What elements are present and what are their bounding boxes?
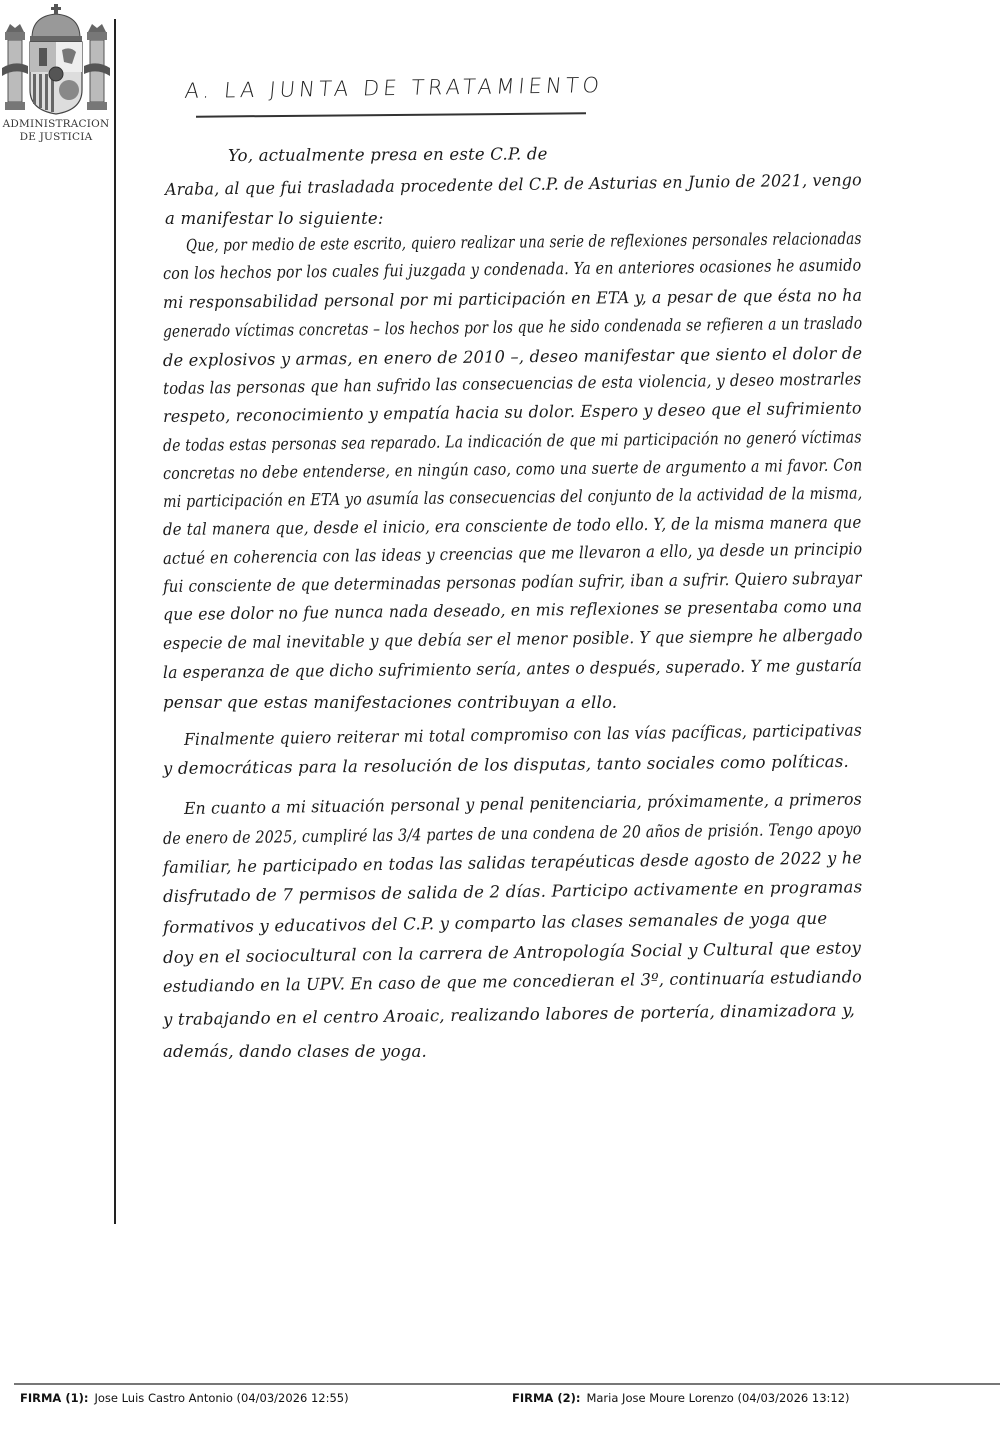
letter-line: Que, por medio de este escrito, quiero r…	[186, 229, 862, 255]
letter-line: Finalmente quiero reiterar mi total comp…	[184, 721, 862, 749]
signature-2-label: FIRMA (2):	[512, 1391, 580, 1405]
letter-line: Araba, al que fui trasladada procedente …	[165, 170, 862, 199]
letter-line: de explosivos y armas, en enero de 2010 …	[163, 344, 862, 370]
letter-line: mi participación en ETA yo asumía las co…	[163, 483, 863, 511]
title-underline	[196, 112, 586, 117]
letter-line: la esperanza de que dicho sufrimiento se…	[163, 656, 862, 682]
letter-line: especie de mal inevitable y que debía se…	[163, 625, 863, 653]
letter-line: con los hechos por los cuales fui juzgad…	[163, 255, 862, 283]
institution-name-line1: ADMINISTRACION	[0, 118, 112, 130]
signature-1-label: FIRMA (1):	[20, 1391, 88, 1405]
letter-line: de enero de 2025, cumpliré las 3/4 parte…	[163, 819, 862, 848]
letter-line: Yo, actualmente presa en este C.P. de	[228, 144, 548, 165]
letter-line: todas las personas que han sufrido las c…	[163, 369, 862, 398]
institution-name-line2: DE JUSTICIA	[0, 131, 112, 143]
spanish-coat-of-arms-icon	[2, 2, 110, 118]
letter-line: concretas no debe entenderse, en ningún …	[163, 455, 863, 483]
letter-line: mi responsabilidad personal por mi parti…	[163, 286, 862, 312]
letter-title: A. LA JUNTA DE TRATAMIENTO	[184, 73, 604, 103]
letter-line: formativos y educativos del C.P. y compa…	[163, 909, 828, 937]
margin-divider	[114, 19, 116, 1224]
letter-line: respeto, reconocimiento y empatía hacia …	[163, 398, 862, 426]
letter-line: de tal manera que, desde el inicio, era …	[163, 513, 862, 539]
letter-line: fui consciente de que determinadas perso…	[163, 568, 862, 596]
letter-line: y trabajando en el centro Aroaic, realiz…	[163, 1000, 855, 1029]
signature-1: FIRMA (1):Jose Luis Castro Antonio (04/0…	[20, 1391, 349, 1405]
signature-2: FIRMA (2):Maria Jose Moure Lorenzo (04/0…	[512, 1391, 850, 1405]
letter-line: disfrutado de 7 permisos de salida de 2 …	[163, 877, 863, 906]
letter-line: estudiando en la UPV. En caso de que me …	[163, 967, 862, 996]
letter-line: actué en coherencia con las ideas y cree…	[163, 539, 862, 568]
letter-line: En cuanto a mi situación personal y pena…	[184, 790, 862, 818]
letter-line: doy en el sociocultural con la carrera d…	[163, 938, 861, 967]
footer-divider	[14, 1383, 1000, 1385]
letter-line: y democráticas para la resolución de los…	[163, 752, 849, 778]
letter-line: de todas estas personas sea reparado. La…	[163, 427, 862, 455]
letter-line: pensar que estas manifestaciones contrib…	[163, 693, 617, 712]
letter-line: generado víctimas concretas – los hechos…	[163, 313, 862, 341]
letter-line: a manifestar lo siguiente:	[165, 209, 384, 228]
signature-1-value: Jose Luis Castro Antonio (04/03/2026 12:…	[94, 1391, 348, 1405]
letter-line: familiar, he participado en todas las sa…	[163, 848, 862, 877]
letter-line: además, dando clases de yoga.	[163, 1042, 427, 1061]
signature-2-value: Maria Jose Moure Lorenzo (04/03/2026 13:…	[586, 1391, 849, 1405]
letter-line: que ese dolor no fue nunca nada deseado,…	[163, 596, 863, 624]
